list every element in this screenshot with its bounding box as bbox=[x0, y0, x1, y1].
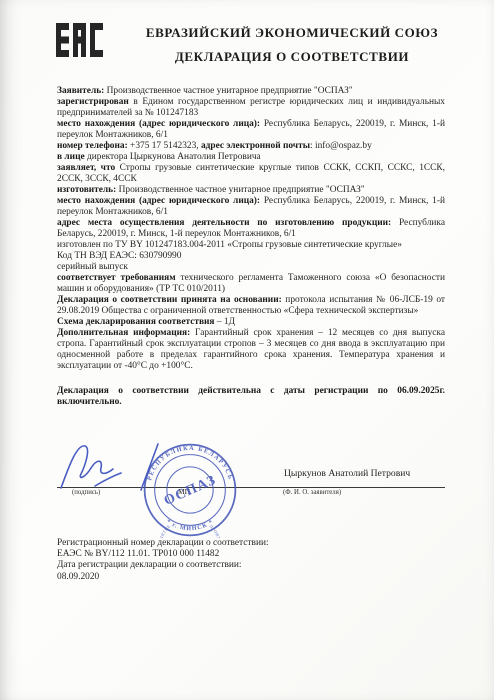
registration-number-label: Регистрационный номер декларации о соотв… bbox=[57, 538, 269, 549]
paragraph: Схема декларирования соответствия – 1Д bbox=[57, 317, 445, 328]
declaration-page: ЕВРАЗИЙСКИЙ ЭКОНОМИЧЕСКИЙ СОЮЗ ДЕКЛАРАЦИ… bbox=[0, 0, 494, 700]
text-segment: директора Цыркунова Анатолия Петровича bbox=[87, 152, 261, 162]
text-segment: Схема декларирования соответствия bbox=[57, 317, 215, 327]
text-segment: серийный выпуск bbox=[57, 262, 128, 272]
text-segment: изготовитель: bbox=[57, 185, 119, 195]
text-segment: Дополнительная информация: bbox=[57, 328, 195, 338]
text-segment: +375 17 5142323, bbox=[130, 141, 201, 151]
paragraph: изготовлен по ТУ BY 101247183.004-2011 «… bbox=[57, 240, 445, 251]
paragraph: зарегистрирован в Едином государственном… bbox=[57, 97, 445, 119]
company-stamp: РЕСПУБЛИКА БЕЛАРУСЬ * г. МИНСК * ПРОИЗВО… bbox=[142, 442, 238, 543]
applicant-name: Цыркунов Анатолий Петрович bbox=[284, 468, 410, 479]
text-segment: : info@ospaz.by bbox=[310, 141, 372, 151]
paragraph: заявляет, что Стропы грузовые синтетичес… bbox=[57, 163, 445, 185]
text-segment: Заявитель: bbox=[57, 86, 107, 96]
registration-number: ЕАЭС № BY/112 11.01. ТР010 000 11482 bbox=[57, 549, 269, 560]
paragraph: место нахождения (адрес юридического лиц… bbox=[57, 119, 445, 141]
paragraph: соответствует требованиям технического р… bbox=[57, 273, 445, 295]
text-segment: Код ТН ВЭД ЕАЭС: 630790990 bbox=[57, 251, 181, 261]
svg-text:РЕСПУБЛИКА БЕЛАРУСЬ: РЕСПУБЛИКА БЕЛАРУСЬ bbox=[146, 445, 234, 482]
header: ЕВРАЗИЙСКИЙ ЭКОНОМИЧЕСКИЙ СОЮЗ ДЕКЛАРАЦИ… bbox=[106, 25, 478, 73]
stamp-outer-top-text: РЕСПУБЛИКА БЕЛАРУСЬ bbox=[146, 445, 234, 482]
text-segment: Производственное частное унитарное предп… bbox=[119, 185, 365, 195]
union-title: ЕВРАЗИЙСКИЙ ЭКОНОМИЧЕСКИЙ СОЮЗ bbox=[106, 25, 478, 41]
paragraph: Декларация о соответствии принята на осн… bbox=[57, 295, 445, 317]
text-segment: Декларация о соответствии действительна … bbox=[57, 386, 445, 407]
text-segment: изготовлен по ТУ BY 101247183.004-2011 «… bbox=[57, 240, 402, 250]
registration-block: Регистрационный номер декларации о соотв… bbox=[57, 538, 269, 583]
applicant-name-label: (Ф. И. О. заявителя) bbox=[283, 489, 341, 496]
body-paragraphs: Заявитель: Производственное частное унит… bbox=[57, 86, 445, 408]
eac-logo bbox=[56, 23, 103, 62]
text-segment: номер телефона: bbox=[57, 141, 130, 151]
paragraph: в лице директора Цыркунова Анатолия Петр… bbox=[57, 152, 445, 163]
text-segment: заявляет, что bbox=[57, 163, 120, 173]
text-segment: Декларация о соответствии принята на осн… bbox=[57, 295, 285, 305]
paragraph: Код ТН ВЭД ЕАЭС: 630790990 bbox=[57, 251, 445, 262]
paragraph: место нахождения (адрес юридического лиц… bbox=[57, 196, 445, 218]
registration-date-label: Дата регистрации декларации о соответств… bbox=[57, 560, 269, 571]
paragraph: Декларация о соответствии действительна … bbox=[57, 386, 445, 408]
text-segment: место нахождения (адрес юридического лиц… bbox=[57, 196, 264, 206]
text-segment: – 1Д bbox=[215, 317, 235, 327]
text-segment: зарегистрирован bbox=[57, 97, 133, 107]
paragraph: номер телефона: +375 17 5142323, адрес э… bbox=[57, 141, 445, 152]
eac-mark-icon bbox=[56, 23, 103, 57]
paragraph: серийный выпуск bbox=[57, 262, 445, 273]
paragraph: изготовитель: Производственное частное у… bbox=[57, 185, 445, 196]
text-segment: место нахождения (адрес юридического лиц… bbox=[57, 119, 264, 129]
text-segment: соответствует требованиям bbox=[57, 273, 180, 283]
paragraph: Заявитель: Производственное частное унит… bbox=[57, 86, 445, 97]
registration-date: 08.09.2020 bbox=[57, 572, 269, 583]
text-segment: адрес места осуществления деятельности п… bbox=[57, 218, 399, 228]
stamp-icon: РЕСПУБЛИКА БЕЛАРУСЬ * г. МИНСК * ПРОИЗВО… bbox=[142, 442, 238, 538]
text-segment: в лице bbox=[57, 152, 87, 162]
document-title: ДЕКЛАРАЦИЯ О СООТВЕТСТВИИ bbox=[106, 49, 478, 65]
paragraph: Дополнительная информация: Гарантийный с… bbox=[57, 328, 445, 372]
text-segment: адрес электронной почты bbox=[201, 141, 310, 151]
text-segment: Производственное частное унитарное предп… bbox=[107, 86, 353, 96]
paragraph: адрес места осуществления деятельности п… bbox=[57, 218, 445, 240]
